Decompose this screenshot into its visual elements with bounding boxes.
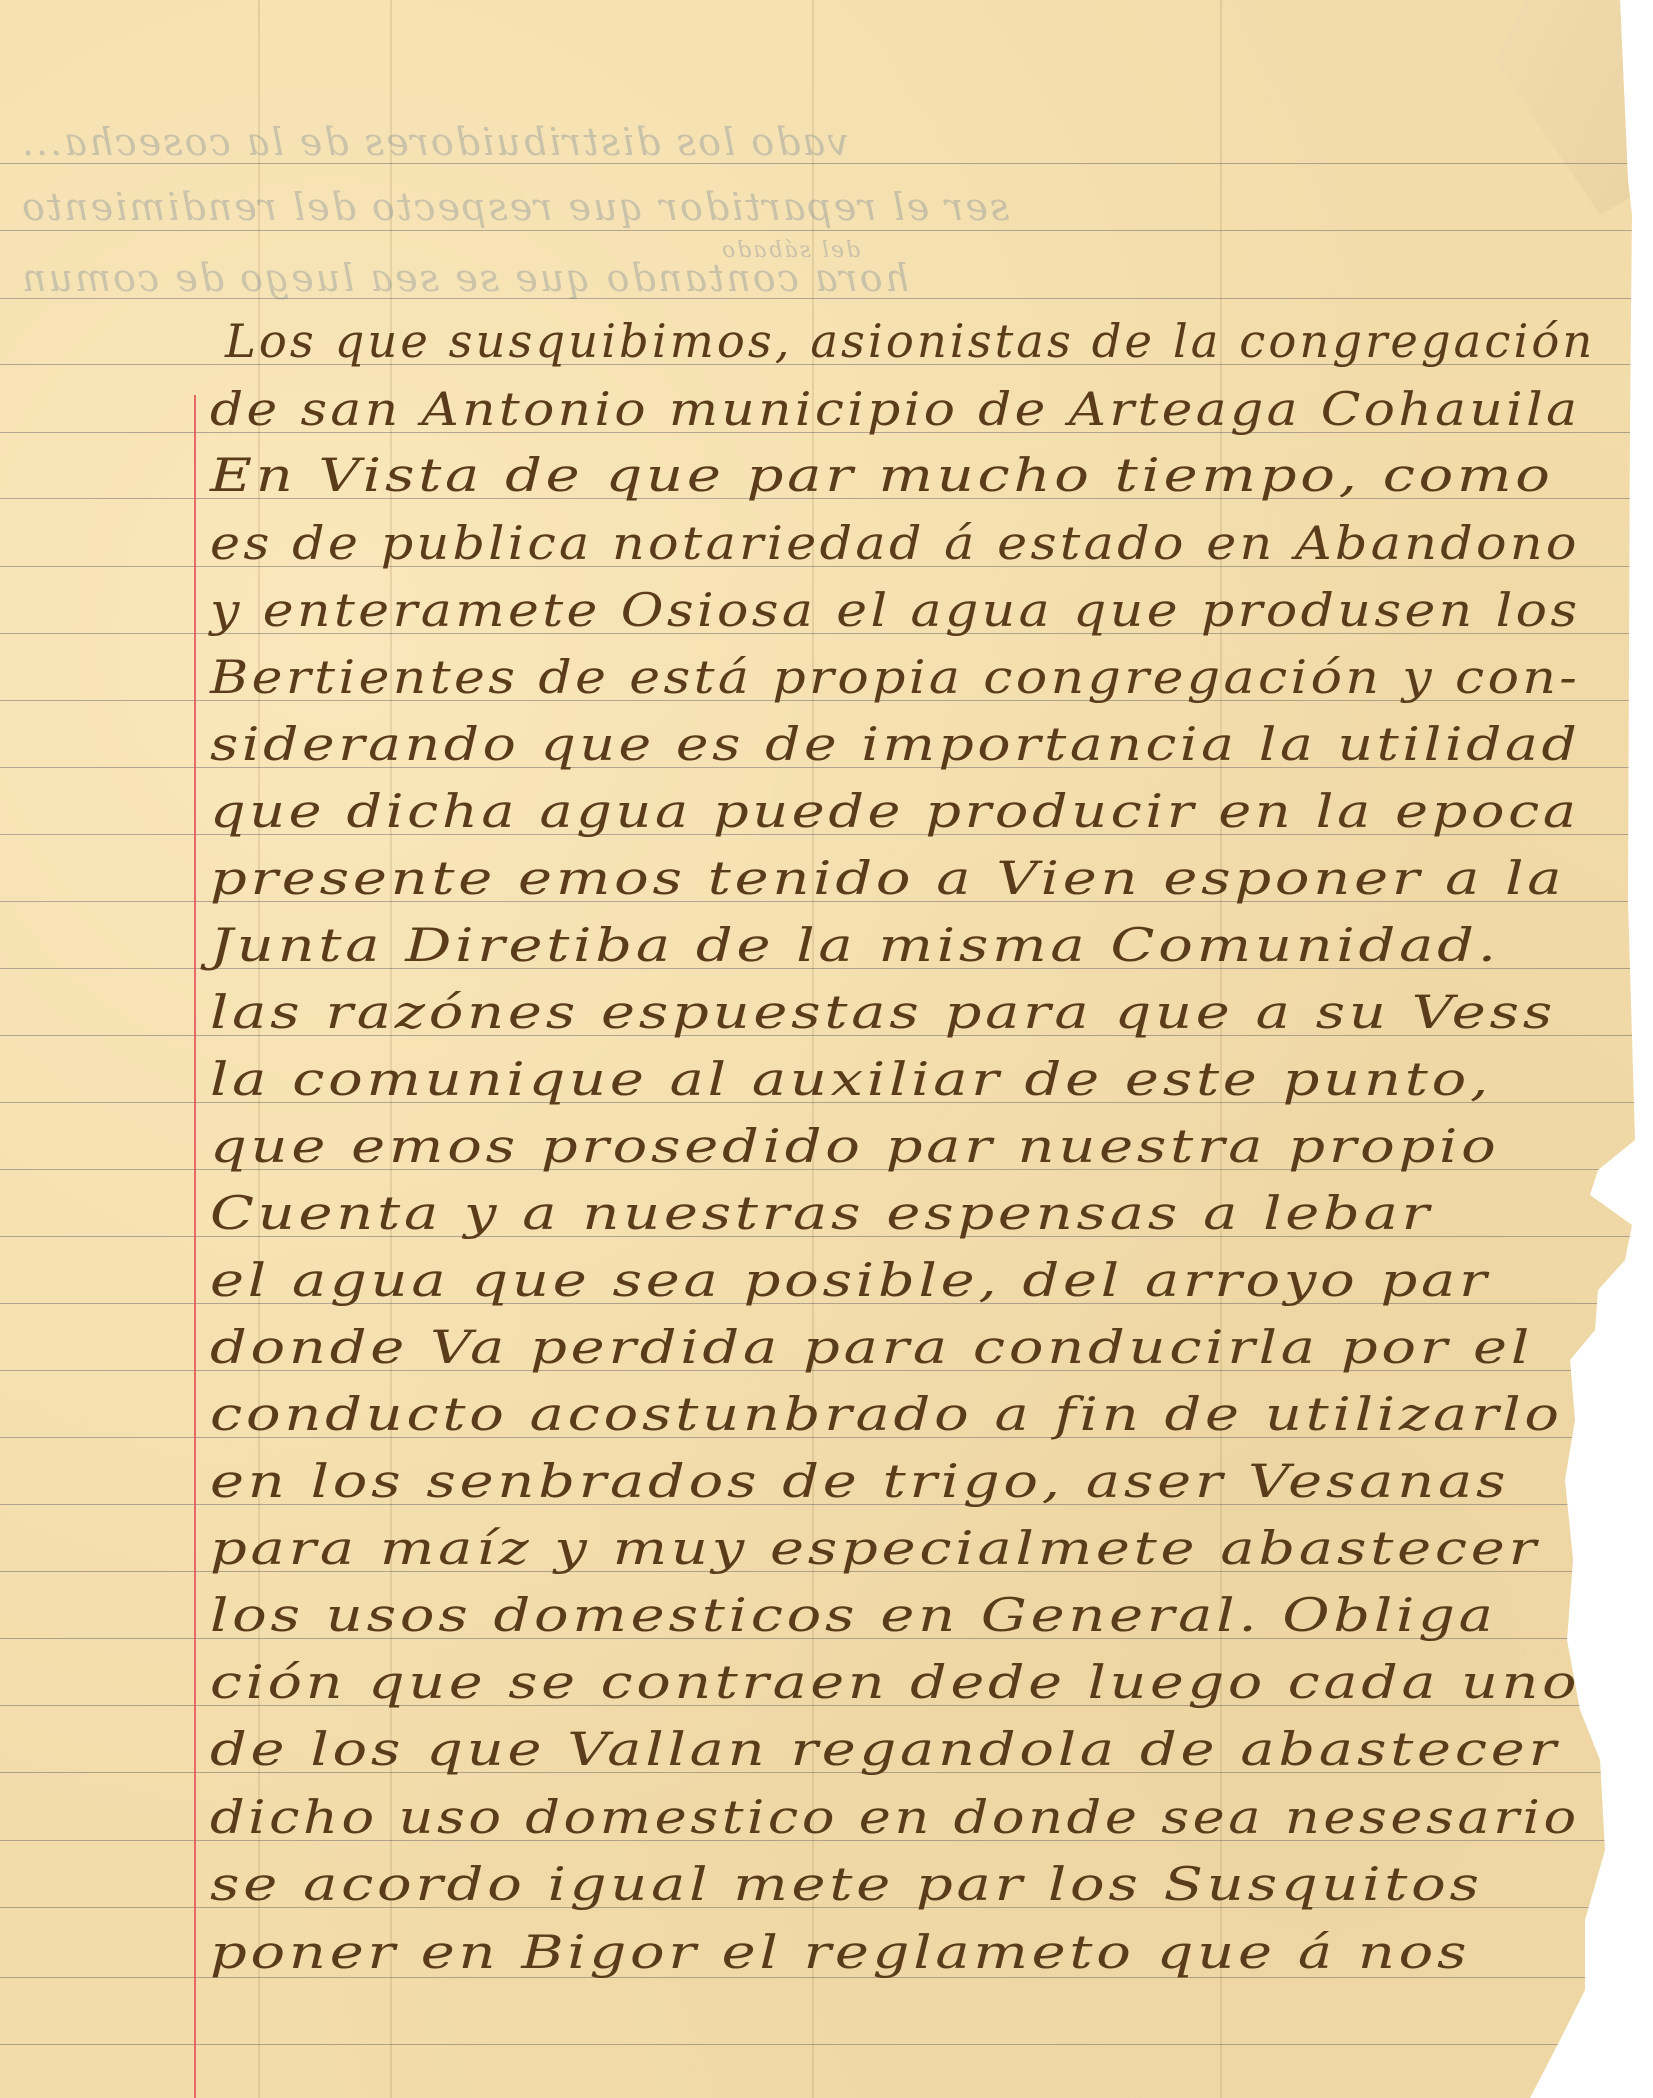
handwritten-line: en los senbrados de trigo, aser Vesanas bbox=[210, 1458, 1509, 1504]
handwritten-line: las razónes espuestas para que a su Vess bbox=[210, 989, 1556, 1035]
handwritten-line: presente emos tenido a Vien esponer a la bbox=[210, 855, 1565, 901]
handwritten-line: que emos prosedido par nuestra propio bbox=[210, 1123, 1500, 1169]
handwritten-line: y enteramete Osiosa el agua que produsen… bbox=[210, 587, 1581, 633]
handwritten-line: Los que susquibimos, asionistas de la co… bbox=[225, 318, 1595, 364]
handwritten-line: En Vista de que par mucho tiempo, como bbox=[210, 452, 1554, 498]
red-margin-line bbox=[194, 395, 196, 2098]
handwritten-line: es de publica notariedad á estado en Aba… bbox=[210, 520, 1580, 566]
handwritten-line: Cuenta y a nuestras espensas a lebar bbox=[210, 1190, 1433, 1236]
handwritten-line: poner en Bigor el reglameto que á nos bbox=[210, 1929, 1470, 1975]
handwritten-line: conducto acostunbrado a fin de utilizarl… bbox=[210, 1391, 1563, 1437]
handwritten-line: Bertientes de está propia congregación y… bbox=[210, 654, 1580, 700]
bleed-through-text: hora contando que se sea luego de comun bbox=[20, 256, 909, 300]
handwritten-line: que dicha agua puede producir en la epoc… bbox=[210, 788, 1580, 834]
handwritten-line: dicho uso domestico en donde sea nesesar… bbox=[210, 1794, 1580, 1840]
handwritten-line: los usos domesticos en General. Obliga bbox=[210, 1592, 1497, 1638]
handwritten-line: de los que Vallan regandola de abastecer bbox=[210, 1726, 1560, 1772]
ruled-line bbox=[0, 230, 1640, 231]
handwritten-line: donde Va perdida para conducirla por el bbox=[210, 1324, 1533, 1370]
bleed-through-text: vado los distribuidores de la cosecha... bbox=[20, 120, 849, 164]
handwritten-line: el agua que sea posible, del arroyo par bbox=[210, 1257, 1490, 1303]
ruled-line bbox=[0, 2044, 1640, 2045]
handwritten-line: Junta Diretiba de la misma Comunidad. bbox=[210, 922, 1500, 968]
handwritten-line: la comunique al auxiliar de este punto, bbox=[210, 1056, 1492, 1102]
handwritten-line: se acordo igual mete par los Susquitos bbox=[210, 1861, 1483, 1907]
bleed-through-text: ser el repartidor que respecto del rendi… bbox=[20, 185, 1009, 229]
handwritten-line: ción que se contraen dede luego cada uno bbox=[210, 1659, 1580, 1705]
handwritten-line: siderando que es de importancia la utili… bbox=[210, 721, 1580, 767]
handwritten-line: de san Antonio municipio de Arteaga Coha… bbox=[210, 386, 1580, 432]
folded-corner bbox=[1480, 0, 1630, 215]
letter-page: vado los distribuidores de la cosecha...… bbox=[0, 0, 1653, 2098]
handwritten-line: para maíz y muy especialmete abastecer bbox=[210, 1525, 1540, 1571]
